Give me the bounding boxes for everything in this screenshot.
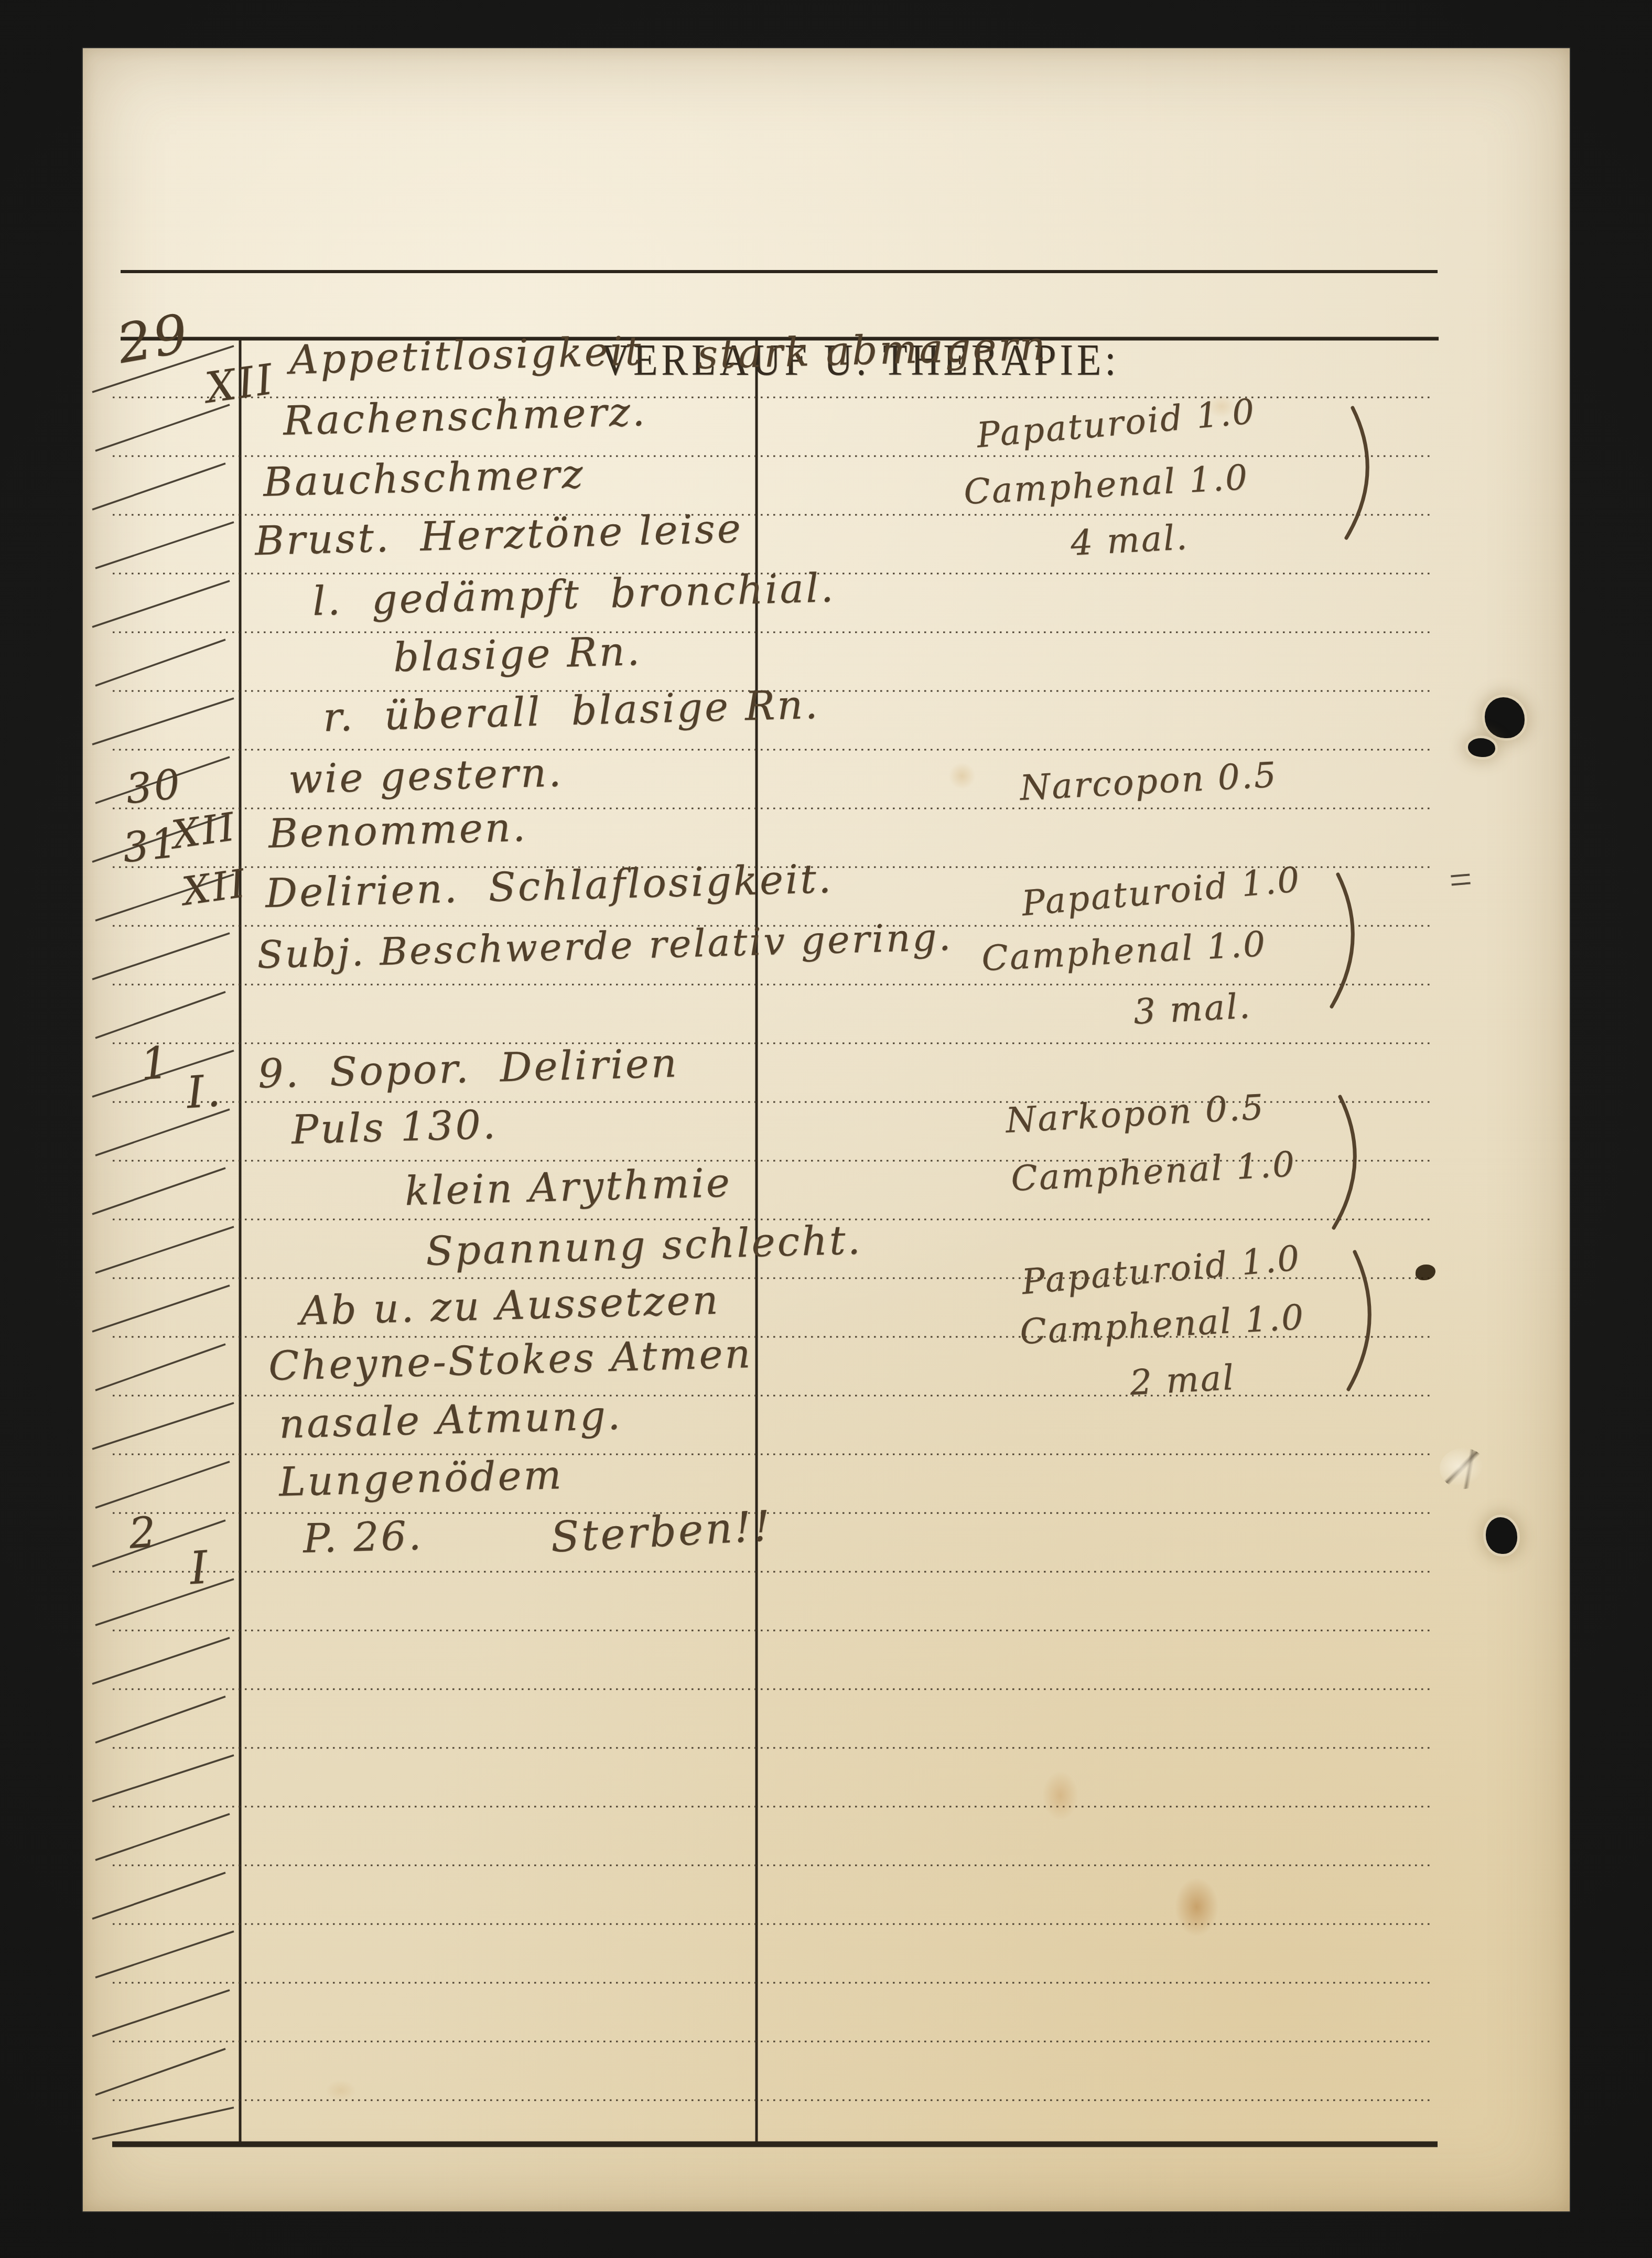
date-cell-slash	[95, 1697, 225, 1743]
clinical-note: Appetitlosigkeit	[289, 331, 643, 380]
ink-bracket	[1332, 874, 1353, 1007]
stain	[944, 758, 980, 794]
scanned-document-page: VERLAUF U. THERAPIE: 29XII30XII31XII1I.2…	[0, 0, 1652, 2258]
date-cell-slash	[92, 2108, 234, 2139]
stain	[1167, 1866, 1227, 1948]
clinical-note: klein Arythmie	[404, 1163, 732, 1211]
clinical-note: Spannung schlecht.	[425, 1220, 862, 1271]
date-cell-slash	[95, 1344, 225, 1390]
date-cell-slash	[92, 581, 230, 627]
date-cell-slash	[95, 1462, 230, 1508]
clinical-note: r. überall blasige Rn.	[322, 685, 820, 738]
date-cell-slash	[92, 1168, 225, 1214]
hole-punch	[1468, 738, 1495, 757]
date-cell-slash	[92, 1990, 230, 2036]
date-cell-slash	[95, 1931, 234, 1978]
date-label: I	[188, 1545, 211, 1591]
therapy-note: 4 mal.	[1070, 520, 1189, 561]
date-cell-slash	[95, 2049, 225, 2095]
therapy-note: 2 mal	[1129, 1360, 1236, 1400]
clinical-note: Cheyne-Stokes Atmen	[268, 1334, 753, 1386]
therapy-note: 3 mal.	[1132, 989, 1252, 1030]
ink-bracket	[1334, 1097, 1355, 1228]
clinical-note: 9. Sopor. Delirien	[257, 1043, 679, 1094]
date-label: 1	[139, 1040, 172, 1086]
date-cell-slash	[92, 1638, 230, 1684]
clinical-note: Rachenschmerz.	[283, 392, 647, 441]
hole-punch	[1486, 1517, 1517, 1554]
clinical-note: nasale Atmung.	[278, 1395, 623, 1444]
date-cell-slash	[92, 1403, 234, 1449]
date-label: 2	[127, 1511, 159, 1555]
clinical-note: Ab u. zu Aussetzen	[299, 1280, 720, 1331]
date-cell-slash	[92, 1873, 225, 1919]
date-cell-slash	[92, 698, 234, 744]
clinical-note: stark abmagern	[697, 326, 1048, 374]
stain	[1201, 391, 1243, 422]
date-cell-slash	[95, 1579, 234, 1625]
date-cell-slash	[92, 1285, 230, 1332]
clinical-note: blasige Rn.	[393, 631, 642, 677]
stain	[1035, 1762, 1085, 1830]
date-cell-slash	[92, 1755, 234, 1801]
date-label: 29	[113, 307, 193, 372]
date-label: XII	[169, 807, 239, 855]
date-label: XII	[180, 864, 249, 911]
date-cell-slash	[95, 640, 225, 686]
clinical-note: Bauchschmerz	[263, 454, 585, 502]
date-cell-slash	[92, 933, 230, 979]
date-cell-slash	[95, 522, 234, 568]
clinical-note: P. 26.	[303, 1516, 424, 1559]
ink-bracket	[1348, 1252, 1369, 1389]
clinical-note: Brust. Herztöne leise	[254, 509, 743, 561]
date-cell-slash	[95, 1227, 234, 1273]
ink-bracket	[1346, 408, 1367, 538]
date-label: 31	[121, 823, 181, 869]
clinical-note: Puls 130.	[291, 1105, 498, 1150]
pencil-mark	[1451, 873, 1471, 885]
clinical-note: Sterben!!	[549, 1505, 773, 1559]
clinical-note: Benommen.	[268, 807, 528, 854]
clinical-note: Lungenödem	[278, 1455, 564, 1502]
date-label: XII	[203, 358, 277, 409]
date-label: 30	[124, 764, 184, 811]
date-cell-slash	[92, 463, 225, 510]
stain	[320, 2076, 362, 2105]
crease	[1440, 1448, 1487, 1489]
date-cell-slash	[95, 992, 225, 1038]
date-cell-slash	[95, 1814, 230, 1860]
date-label: I.	[185, 1068, 224, 1115]
clinical-note: wie gestern.	[288, 752, 564, 800]
